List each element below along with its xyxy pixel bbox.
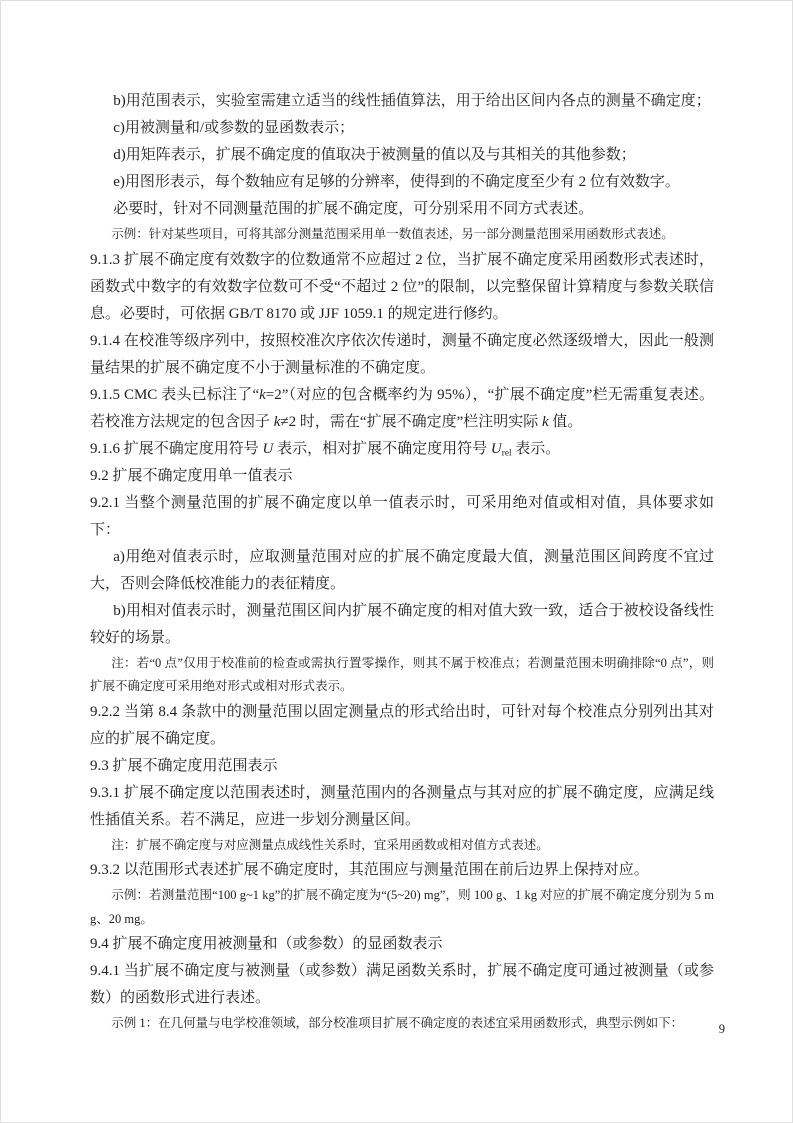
heading-9-2: 9.2 扩展不确定度用单一值表示: [90, 463, 714, 490]
list-item-b: b)用范围表示，实验室需建立适当的线性插值算法，用于给出区间内各点的测量不确定度…: [90, 88, 714, 115]
page-number: 9: [719, 1020, 725, 1038]
clause-9-2-1: 9.2.1 当整个测量范围的扩展不确定度以单一值表示时，可采用绝对值或相对值，具…: [90, 490, 714, 544]
heading-9-4: 9.4 扩展不确定度用被测量和（或参数）的显函数表示: [90, 931, 714, 958]
clause-9-3-1: 9.3.1 扩展不确定度以范围表述时，测量范围内的各测量点与其对应的扩展不确定度…: [90, 780, 714, 834]
list-item-a-absolute: a)用绝对值表示时，应取测量范围对应的扩展不确定度最大值，测量范围区间跨度不宜过…: [90, 544, 714, 598]
clause-9-1-6: 9.1.6 扩展不确定度用符号 U 表示，相对扩展不确定度用符号 Urel 表示…: [90, 436, 714, 463]
clause-9-1-3: 9.1.3 扩展不确定度有效数字的位数通常不应超过 2 位，当扩展不确定度采用函…: [90, 247, 714, 328]
heading-9-3: 9.3 扩展不确定度用范围表示: [90, 753, 714, 780]
clause-9-4-1: 9.4.1 当扩展不确定度与被测量（或参数）满足函数关系时，扩展不确定度可通过被…: [90, 958, 714, 1012]
linear-relation-note: 注：扩展不确定度与对应测量点成线性关系时，宜采用函数或相对值方式表述。: [90, 834, 714, 858]
paragraph-when-necessary: 必要时，针对不同测量范围的扩展不确定度，可分别采用不同方式表述。: [90, 196, 714, 223]
zero-point-note: 注：若“0 点”仅用于校准前的检查或需执行置零操作，则其不属于校准点；若测量范围…: [90, 652, 714, 699]
list-item-e: e)用图形表示，每个数轴应有足够的分辨率，使得到的不确定度至少有 2 位有效数字…: [90, 169, 714, 196]
document-body: b)用范围表示，实验室需建立适当的线性插值算法，用于给出区间内各点的测量不确定度…: [90, 88, 714, 1036]
function-example-note: 示例 1：在几何量与电学校准领域，部分校准项目扩展不确定度的表述宜采用函数形式，…: [90, 1012, 714, 1036]
clause-9-1-5: 9.1.5 CMC 表头已标注了“k=2”（对应的包含概率约为 95%），“扩展…: [90, 382, 714, 436]
list-item-d: d)用矩阵表示，扩展不确定度的值取决于被测量的值以及与其相关的其他参数；: [90, 142, 714, 169]
example-note-1: 示例：针对某些项目，可将其部分测量范围采用单一数值表述，另一部分测量范围采用函数…: [90, 223, 714, 247]
clause-9-1-4: 9.1.4 在校准等级序列中，按照校准次序依次传递时，测量不确定度必然逐级增大，…: [90, 328, 714, 382]
clause-9-3-2: 9.3.2 以范围形式表述扩展不确定度时，其范围应与测量范围在前后边界上保持对应…: [90, 857, 714, 884]
range-example-note: 示例：若测量范围“100 g~1 kg”的扩展不确定度为“(5~20) mg”，…: [90, 884, 714, 931]
document-page: b)用范围表示，实验室需建立适当的线性插值算法，用于给出区间内各点的测量不确定度…: [0, 0, 793, 1123]
list-item-b-relative: b)用相对值表示时，测量范围区间内扩展不确定度的相对值大致一致，适合于被校设备线…: [90, 598, 714, 652]
clause-9-2-2: 9.2.2 当第 8.4 条款中的测量范围以固定测量点的形式给出时，可针对每个校…: [90, 699, 714, 753]
list-item-c: c)用被测量和/或参数的显函数表示；: [90, 115, 714, 142]
